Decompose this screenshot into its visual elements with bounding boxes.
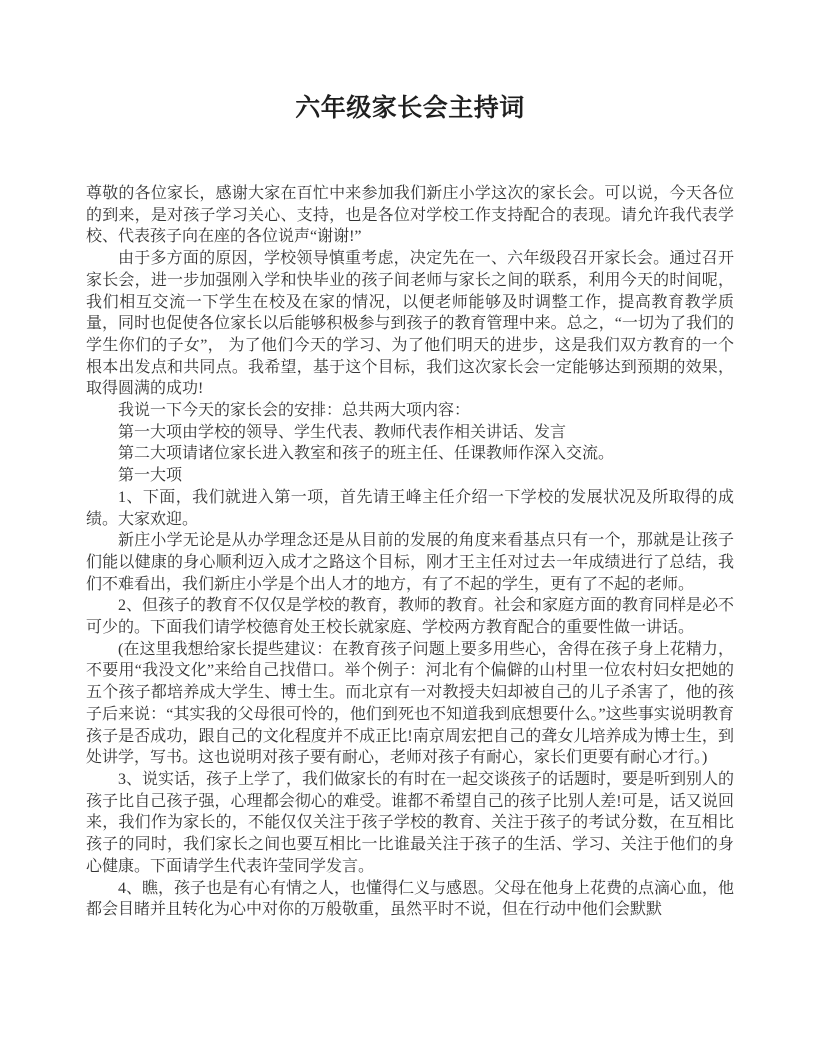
paragraph: 第二大项请诸位家长进入教室和孩子的班主任、任课教师作深入交流。 (86, 443, 734, 465)
paragraph: 2、但孩子的教育不仅仅是学校的教育，教师的教育。社会和家庭方面的教育同样是必不可… (86, 595, 734, 638)
document-title: 六年级家长会主持词 (86, 93, 734, 125)
paragraph: (在这里我想给家长提些建议：在教育孩子问题上要多用些心，舍得在孩子身上花精力，不… (86, 639, 734, 769)
document-page: 六年级家长会主持词 尊敬的各位家长，感谢大家在百忙中来参加我们新庄小学这次的家长… (0, 0, 816, 1056)
document-body: 尊敬的各位家长，感谢大家在百忙中来参加我们新庄小学这次的家长会。可以说，今天各位… (86, 183, 734, 921)
paragraph: 第一大项由学校的领导、学生代表、教师代表作相关讲话、发言 (86, 422, 734, 444)
paragraph: 1、下面，我们就进入第一项，首先请王峰主任介绍一下学校的发展状况及所取得的成绩。… (86, 487, 734, 530)
paragraph: 新庄小学无论是从办学理念还是从目前的发展的角度来看基点只有一个，那就是让孩子们能… (86, 530, 734, 595)
paragraph: 3、说实话，孩子上学了，我们做家长的有时在一起交谈孩子的话题时，要是听到别人的孩… (86, 769, 734, 878)
paragraph: 尊敬的各位家长，感谢大家在百忙中来参加我们新庄小学这次的家长会。可以说，今天各位… (86, 183, 734, 248)
paragraph: 我说一下今天的家长会的安排：总共两大项内容： (86, 400, 734, 422)
paragraph: 4、瞧，孩子也是有心有情之人，也懂得仁义与感恩。父母在他身上花费的点滴心血，他都… (86, 878, 734, 921)
paragraph: 第一大项 (86, 465, 734, 487)
paragraph: 由于多方面的原因，学校领导慎重考虑，决定先在一、六年级段召开家长会。通过召开家长… (86, 248, 734, 400)
